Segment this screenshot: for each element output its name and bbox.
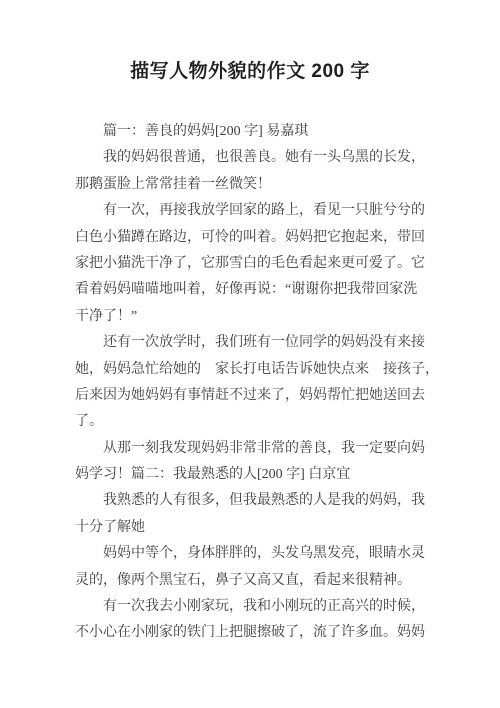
text-line: 十分了解她 — [75, 515, 435, 541]
text-line: 有一次，再接我放学回家的路上，看见一只脏兮兮的 — [75, 198, 435, 224]
text-line: 我熟悉的人有很多，但我最熟悉的人是我的妈妈，我 — [75, 488, 435, 514]
text-line: 白色小猫蹲在路边，可怜的叫着。妈妈把它抱起来，带回 — [75, 225, 435, 251]
text-line: 干净了！” — [75, 304, 435, 330]
text-line: 那鹅蛋脸上常常挂着一丝微笑！ — [75, 172, 435, 198]
text-line: 后来因为她妈妈有事情赶不过来了，妈妈帮忙把她送回去 — [75, 383, 435, 409]
text-line: 篇一：善良的妈妈[200 字] 易嘉琪 — [75, 119, 435, 145]
text-line: 她，妈妈急忙给她的 家长打电话告诉她快点来 接孩子， — [75, 357, 435, 383]
document-title: 描写人物外貌的作文 200 字 — [0, 59, 500, 85]
text-line: 不小心在小刚家的铁门上把腿擦破了，流了许多血。妈妈 — [75, 620, 435, 646]
text-line: 有一次我去小刚家玩，我和小刚玩的正高兴的时候， — [75, 594, 435, 620]
text-line: 灵的，像两个黑宝石，鼻子又高又直，看起来很精神。 — [75, 568, 435, 594]
document-body: 篇一：善良的妈妈[200 字] 易嘉琪我的妈妈很普通，也很善良。她有一头乌黑的长… — [75, 119, 435, 647]
text-line: 了。 — [75, 409, 435, 435]
text-line: 妈妈中等个，身体胖胖的，头发乌黑发亮，眼睛水灵 — [75, 541, 435, 567]
text-line: 看着妈妈喵喵地叫着，好像再说：“谢谢你把我带回家洗 — [75, 277, 435, 303]
text-line: 我的妈妈很普通，也很善良。她有一头乌黑的长发， — [75, 145, 435, 171]
text-line: 还有一次放学时，我们班有一位同学的妈妈没有来接 — [75, 330, 435, 356]
text-line: 家把小猫洗干净了，它那雪白的毛色看起来更可爱了。它 — [75, 251, 435, 277]
document-page: 描写人物外貌的作文 200 字 篇一：善良的妈妈[200 字] 易嘉琪我的妈妈很… — [0, 0, 500, 708]
text-line: 从那一刻我发现妈妈非常非常的善良，我一定要向妈 — [75, 436, 435, 462]
text-line: 妈学习！篇二：我最熟悉的人[200 字] 白京宜 — [75, 462, 435, 488]
